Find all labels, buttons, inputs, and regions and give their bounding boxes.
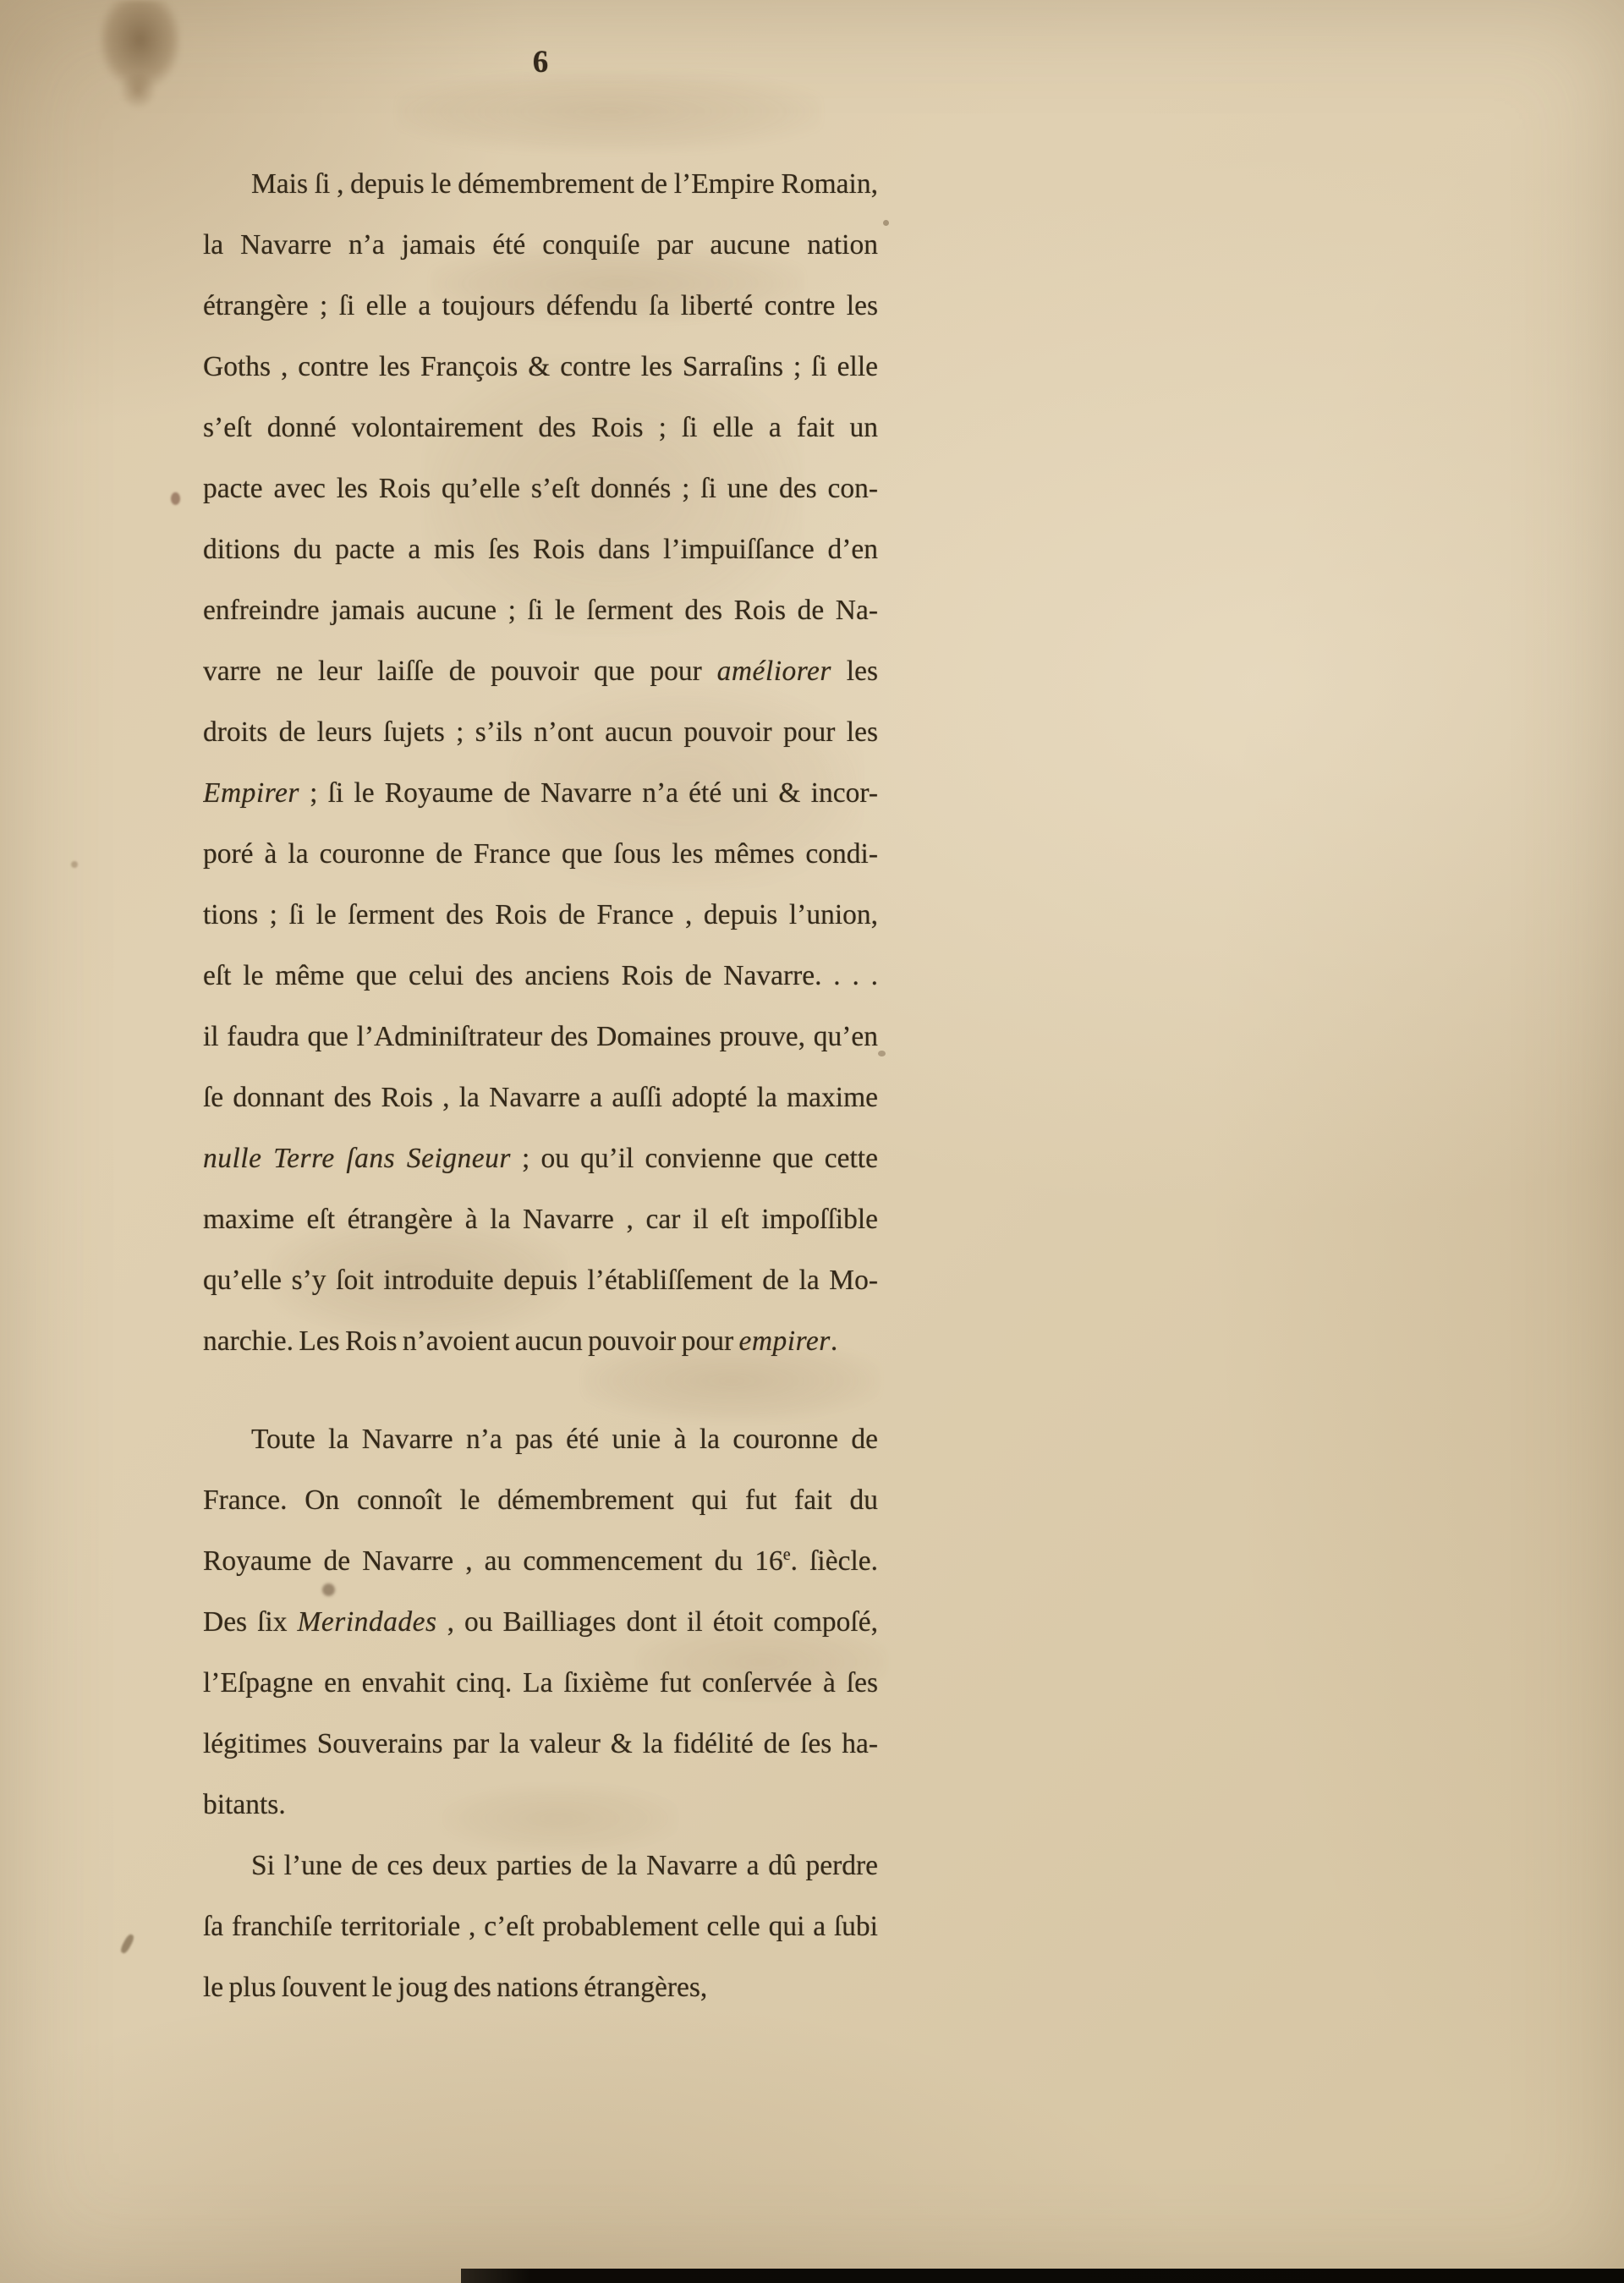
paper-stain xyxy=(118,73,157,108)
text-block: Mais ſi , depuis le démembrement de l’Em… xyxy=(203,154,878,2018)
text-line: Toute la Navarre n’a pas été unie à la c… xyxy=(203,1409,878,1470)
paper-speck xyxy=(119,1933,135,1954)
paragraph: Toute la Navarre n’a pas été unie à la c… xyxy=(203,1409,878,1836)
text-run: s’eſt donné volontairement des Rois ; ſi… xyxy=(203,412,878,443)
text-line: étrangère ; ſi elle a toujours défendu ſ… xyxy=(203,276,878,337)
text-run: . ſiècle. xyxy=(791,1545,878,1577)
text-run: varre ne leur laiſſe de pouvoir que pour xyxy=(203,656,717,687)
paper-speck xyxy=(171,492,180,505)
book-page-scan: 6 Mais ſi , depuis le démembrement de l’… xyxy=(0,0,1624,2283)
ink-showthrough xyxy=(398,72,820,152)
text-line: tions ; ſi le ſerment des Rois de France… xyxy=(203,885,878,946)
text-run: tions ; ſi le ſerment des Rois de France… xyxy=(203,899,878,930)
page-number: 6 xyxy=(203,44,878,80)
text-line: France. On connoît le démembrement qui f… xyxy=(203,1470,878,1531)
text-run: Toute la Navarre n’a pas été unie à la c… xyxy=(251,1424,878,1455)
italic-run: nulle Terre ſans Seigneur xyxy=(203,1143,511,1174)
text-run: France. On connoît le démembrement qui f… xyxy=(203,1484,878,1516)
text-run: narchie. Les Rois n’avoient aucun pouvoi… xyxy=(203,1325,739,1357)
paper-stain xyxy=(100,0,180,89)
text-run: étrangère ; ſi elle a toujours défendu ſ… xyxy=(203,290,878,321)
text-line: droits de leurs ſujets ; s’ils n’ont auc… xyxy=(203,702,878,763)
text-run: ditions du pacte a mis ſes Rois dans l’i… xyxy=(203,534,878,565)
text-line: nulle Terre ſans Seigneur ; ou qu’il con… xyxy=(203,1128,878,1189)
text-run: ; ſi le Royaume de Navarre n’a été uni &… xyxy=(299,777,878,809)
text-line: la Navarre n’a jamais été conquiſe par a… xyxy=(203,215,878,276)
text-run: ; ou qu’il convienne que cette xyxy=(511,1143,878,1174)
text-line: s’eſt donné volontairement des Rois ; ſi… xyxy=(203,398,878,458)
text-run: e xyxy=(783,1545,791,1564)
paper-speck xyxy=(878,1051,886,1056)
text-run: Si l’une de ces deux parties de la Navar… xyxy=(251,1850,878,1881)
text-line: ſe donnant des Rois , la Navarre a auſſi… xyxy=(203,1067,878,1128)
text-run: qu’elle s’y ſoit introduite depuis l’éta… xyxy=(203,1265,878,1296)
text-run: pacte avec les Rois qu’elle s’eſt donnés… xyxy=(203,473,878,504)
paper-speck xyxy=(71,861,78,868)
text-run: le plus ſouvent le joug des nations étra… xyxy=(203,1972,707,2003)
text-run: maxime eſt étrangère à la Navarre , car … xyxy=(203,1204,878,1235)
text-run: il faudra que l’Adminiſtrateur des Domai… xyxy=(203,1021,878,1052)
text-run: Des ſix xyxy=(203,1606,298,1638)
paper-speck xyxy=(883,220,889,226)
paragraph: Mais ſi , depuis le démembrement de l’Em… xyxy=(203,154,878,1372)
text-line: Goths , contre les François & contre les… xyxy=(203,337,878,398)
text-line: varre ne leur laiſſe de pouvoir que pour… xyxy=(203,641,878,702)
text-line: l’Eſpagne en envahit cinq. La ſixième fu… xyxy=(203,1653,878,1714)
text-line: ditions du pacte a mis ſes Rois dans l’i… xyxy=(203,519,878,580)
text-run: , ou Bailliages dont il étoit compoſé, xyxy=(437,1606,878,1638)
text-run: droits de leurs ſujets ; s’ils n’ont auc… xyxy=(203,716,878,748)
text-run: . xyxy=(831,1325,837,1357)
text-line: Si l’une de ces deux parties de la Navar… xyxy=(203,1836,878,1896)
scanner-edge-strip xyxy=(461,2269,1624,2283)
text-line: eſt le même que celui des anciens Rois d… xyxy=(203,946,878,1007)
text-line: légitimes Souverains par la valeur & la … xyxy=(203,1714,878,1775)
text-line: le plus ſouvent le joug des nations étra… xyxy=(203,1957,878,2018)
text-line: enfreindre jamais aucune ; ſi le ſerment… xyxy=(203,580,878,641)
text-run: Mais ſi , depuis le démembrement de l’Em… xyxy=(251,168,878,200)
text-line: il faudra que l’Adminiſtrateur des Domai… xyxy=(203,1007,878,1067)
text-run: l’Eſpagne en envahit cinq. La ſixième fu… xyxy=(203,1667,878,1699)
text-line: bitants. xyxy=(203,1775,878,1836)
text-line: Empirer ; ſi le Royaume de Navarre n’a é… xyxy=(203,763,878,824)
text-line: poré à la couronne de France que ſous le… xyxy=(203,824,878,885)
text-run: bitants. xyxy=(203,1789,286,1820)
text-line: Des ſix Merindades , ou Bailliages dont … xyxy=(203,1592,878,1653)
text-run: les xyxy=(831,656,878,687)
paragraph: Si l’une de ces deux parties de la Navar… xyxy=(203,1836,878,2018)
text-line: ſa franchiſe territoriale , c’eſt probab… xyxy=(203,1896,878,1957)
text-line: Mais ſi , depuis le démembrement de l’Em… xyxy=(203,154,878,215)
text-line: qu’elle s’y ſoit introduite depuis l’éta… xyxy=(203,1250,878,1311)
text-run: enfreindre jamais aucune ; ſi le ſerment… xyxy=(203,595,878,626)
text-run: ſe donnant des Rois , la Navarre a auſſi… xyxy=(203,1082,878,1113)
italic-run: Merindades xyxy=(298,1606,437,1638)
text-run: la Navarre n’a jamais été conquiſe par a… xyxy=(203,229,878,261)
text-run: poré à la couronne de France que ſous le… xyxy=(203,838,878,870)
text-run: Royaume de Navarre , au commencement du … xyxy=(203,1545,783,1577)
text-run: ſa franchiſe territoriale , c’eſt probab… xyxy=(203,1911,878,1942)
text-line: narchie. Les Rois n’avoient aucun pouvoi… xyxy=(203,1311,878,1372)
italic-run: améliorer xyxy=(717,656,831,687)
text-line: Royaume de Navarre , au commencement du … xyxy=(203,1531,878,1592)
text-run: eſt le même que celui des anciens Rois d… xyxy=(203,960,878,991)
text-line: pacte avec les Rois qu’elle s’eſt donnés… xyxy=(203,458,878,519)
text-run: Goths , contre les François & contre les… xyxy=(203,351,878,382)
italic-run: Empirer xyxy=(203,777,299,809)
italic-run: empirer xyxy=(739,1325,831,1357)
text-line: maxime eſt étrangère à la Navarre , car … xyxy=(203,1189,878,1250)
text-run: légitimes Souverains par la valeur & la … xyxy=(203,1728,878,1759)
